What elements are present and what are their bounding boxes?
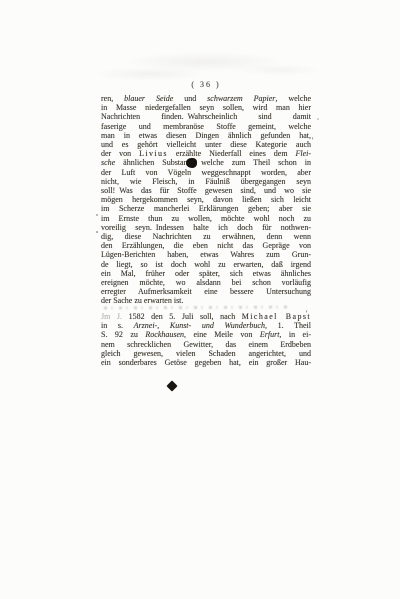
ink-blot [186, 158, 197, 168]
text-segment: Flei- [295, 149, 311, 158]
text-segment: erregter Aufmerksamkeit eine bessere Unt… [101, 287, 311, 296]
text-line: gleich gewesen, vielen Schaden angericht… [101, 349, 311, 358]
text-line: soll! Was das für Stoffe gewesen sind, u… [101, 186, 311, 195]
text-line: Nachrichten finden. Wahrscheinlich sind … [101, 112, 311, 121]
text-segment: Michael Bapst [242, 312, 311, 321]
text-segment: de liegt, so ist doch wohl zu erwarten, … [101, 260, 311, 269]
text-segment: ereignen möchte, wo alsdann bei schon vo… [101, 278, 311, 287]
text-segment: Arznei-, Kunst- und Wunderbuch [134, 321, 265, 330]
text-segment: dig, diese Nachrichten zu erwähnen, denn… [101, 232, 311, 241]
text-segment: voreilig seyn. Indessen halte ich doch f… [101, 223, 311, 232]
text-line: der Luft von Vögeln weggeschnappt worden… [101, 168, 311, 177]
text-line: der von Livius erzählte Niederfall eines… [101, 149, 311, 158]
text-segment: Lügen-Berichten haben, etwas Wahres zum … [101, 250, 311, 259]
text-segment: ein Mal, früher oder später, sich etwas … [101, 269, 311, 278]
text-segment: sche [101, 158, 115, 167]
text-segment: schwarzem Papier [207, 94, 275, 103]
text-segment: Nachrichten finden. Wahrscheinlich sind … [101, 112, 311, 121]
text-segment: und es gehört vielleicht unter diese Kat… [101, 140, 311, 149]
scanned-book-page: ( 36 ) ren, blauer Seide und schwarzem P… [0, 0, 400, 599]
text-line: Lügen-Berichten haben, etwas Wahres zum … [101, 250, 311, 259]
text-segment: , eine Meile von [184, 330, 260, 339]
text-segment: , in ei- [279, 330, 311, 339]
text-segment: mögen hergekommen seyn, davon ließen sic… [101, 195, 311, 204]
text-line: in s. Arznei-, Kunst- und Wunderbuch, 1.… [101, 321, 311, 330]
text-line: im Scherze mancherlei Erklärungen geben;… [101, 204, 311, 213]
text-line: sche ähnlichen Substanz, welche zum Thei… [101, 158, 311, 167]
text-segment: ren, [101, 94, 124, 103]
text-segment: erzählte Niederfall eines dem [168, 149, 296, 158]
text-segment: nicht, wie Fleisch, in Fäulniß übergegan… [101, 177, 311, 186]
text-segment: Rockhausen [145, 330, 184, 339]
text-segment: 1582 den 5. Juli soll, nach [129, 312, 242, 321]
text-segment: im Scherze mancherlei Erklärungen geben;… [101, 204, 311, 213]
paper-speck [317, 118, 319, 120]
text-line: S. 92 zu Rockhausen, eine Meile von Erfu… [101, 330, 311, 339]
text-line: nicht, wie Fleisch, in Fäulniß übergegan… [101, 177, 311, 186]
text-segment: blauer Seide [124, 94, 173, 103]
text-segment: , 1. Theil [265, 321, 311, 330]
text-line: mögen hergekommen seyn, davon ließen sic… [101, 195, 311, 204]
text-segment: soll! Was das für Stoffe gewesen sind, u… [101, 186, 311, 195]
text-line: erregter Aufmerksamkeit eine bessere Unt… [101, 287, 311, 296]
text-segment: der Sache zu erwarten ist. [101, 296, 183, 305]
text-line: dig, diese Nachrichten zu erwähnen, denn… [101, 232, 311, 241]
paragraph-2: Jm J. 1582 den 5. Juli soll, nach Michae… [101, 312, 311, 367]
text-segment: Erfurt [260, 330, 280, 339]
text-line: voreilig seyn. Indessen halte ich doch f… [101, 223, 311, 232]
text-line: ren, blauer Seide und schwarzem Papier, … [101, 94, 311, 103]
paper-speck [96, 214, 98, 216]
text-segment: S. 92 zu [101, 330, 145, 339]
text-line: de liegt, so ist doch wohl zu erwarten, … [101, 260, 311, 269]
text-segment: der Luft von Vögeln weggeschnappt worden… [101, 168, 311, 177]
text-line: Jm J. 1582 den 5. Juli soll, nach Michae… [101, 312, 311, 321]
text-line: man in etwas diesen Dingen ähnlich gefun… [101, 131, 311, 140]
text-segment: , welche [275, 94, 311, 103]
text-line: in Masse niedergefallen seyn sollen, wir… [101, 103, 311, 112]
paper-speck [96, 231, 98, 233]
margin-mark: ' [306, 309, 307, 318]
text-line: nem schrecklichen Gewitter, das einem Er… [101, 340, 311, 349]
text-segment: faserige und membranöse Stoffe gemeint, … [101, 122, 311, 131]
text-line: ein Mal, früher oder später, sich etwas … [101, 269, 311, 278]
page-number: ( 36 ) [101, 80, 311, 89]
diamond-ornament [166, 380, 177, 391]
text-segment: Livius [139, 149, 168, 158]
text-line: den Erzählungen, die eben nicht das Gepr… [101, 241, 311, 250]
text-segment: man in etwas diesen Dingen ähnlich gefun… [101, 131, 311, 140]
paragraph-1: ren, blauer Seide und schwarzem Papier, … [101, 94, 311, 306]
margin-mark: ' [312, 136, 313, 145]
text-segment: der von [101, 149, 139, 158]
text-segment: im Ernste thun zu wollen, möchte wohl no… [101, 214, 311, 223]
text-block: ren, blauer Seide und schwarzem Papier, … [101, 94, 311, 367]
text-segment: und [173, 94, 207, 103]
text-segment: den Erzählungen, die eben nicht das Gepr… [101, 241, 311, 250]
text-segment: gleich gewesen, vielen Schaden angericht… [101, 349, 311, 358]
text-line: der Sache zu erwarten ist. [101, 296, 311, 305]
text-segment: ähnlichen Substanz, welche zum Theil sch… [115, 158, 311, 167]
text-segment: Jm J. [101, 312, 129, 321]
text-line: und es gehört vielleicht unter diese Kat… [101, 140, 311, 149]
text-line: ereignen möchte, wo alsdann bei schon vo… [101, 278, 311, 287]
text-segment: in Masse niedergefallen seyn sollen, wir… [101, 103, 311, 112]
text-segment: nem schrecklichen Gewitter, das einem Er… [101, 340, 311, 349]
text-line: im Ernste thun zu wollen, möchte wohl no… [101, 214, 311, 223]
text-line: ein sonderbares Getöse gegeben hat, ein … [101, 358, 311, 367]
text-segment: ein sonderbares Getöse gegeben hat, ein … [101, 358, 311, 367]
text-segment: in s. [101, 321, 134, 330]
text-line: faserige und membranöse Stoffe gemeint, … [101, 122, 311, 131]
